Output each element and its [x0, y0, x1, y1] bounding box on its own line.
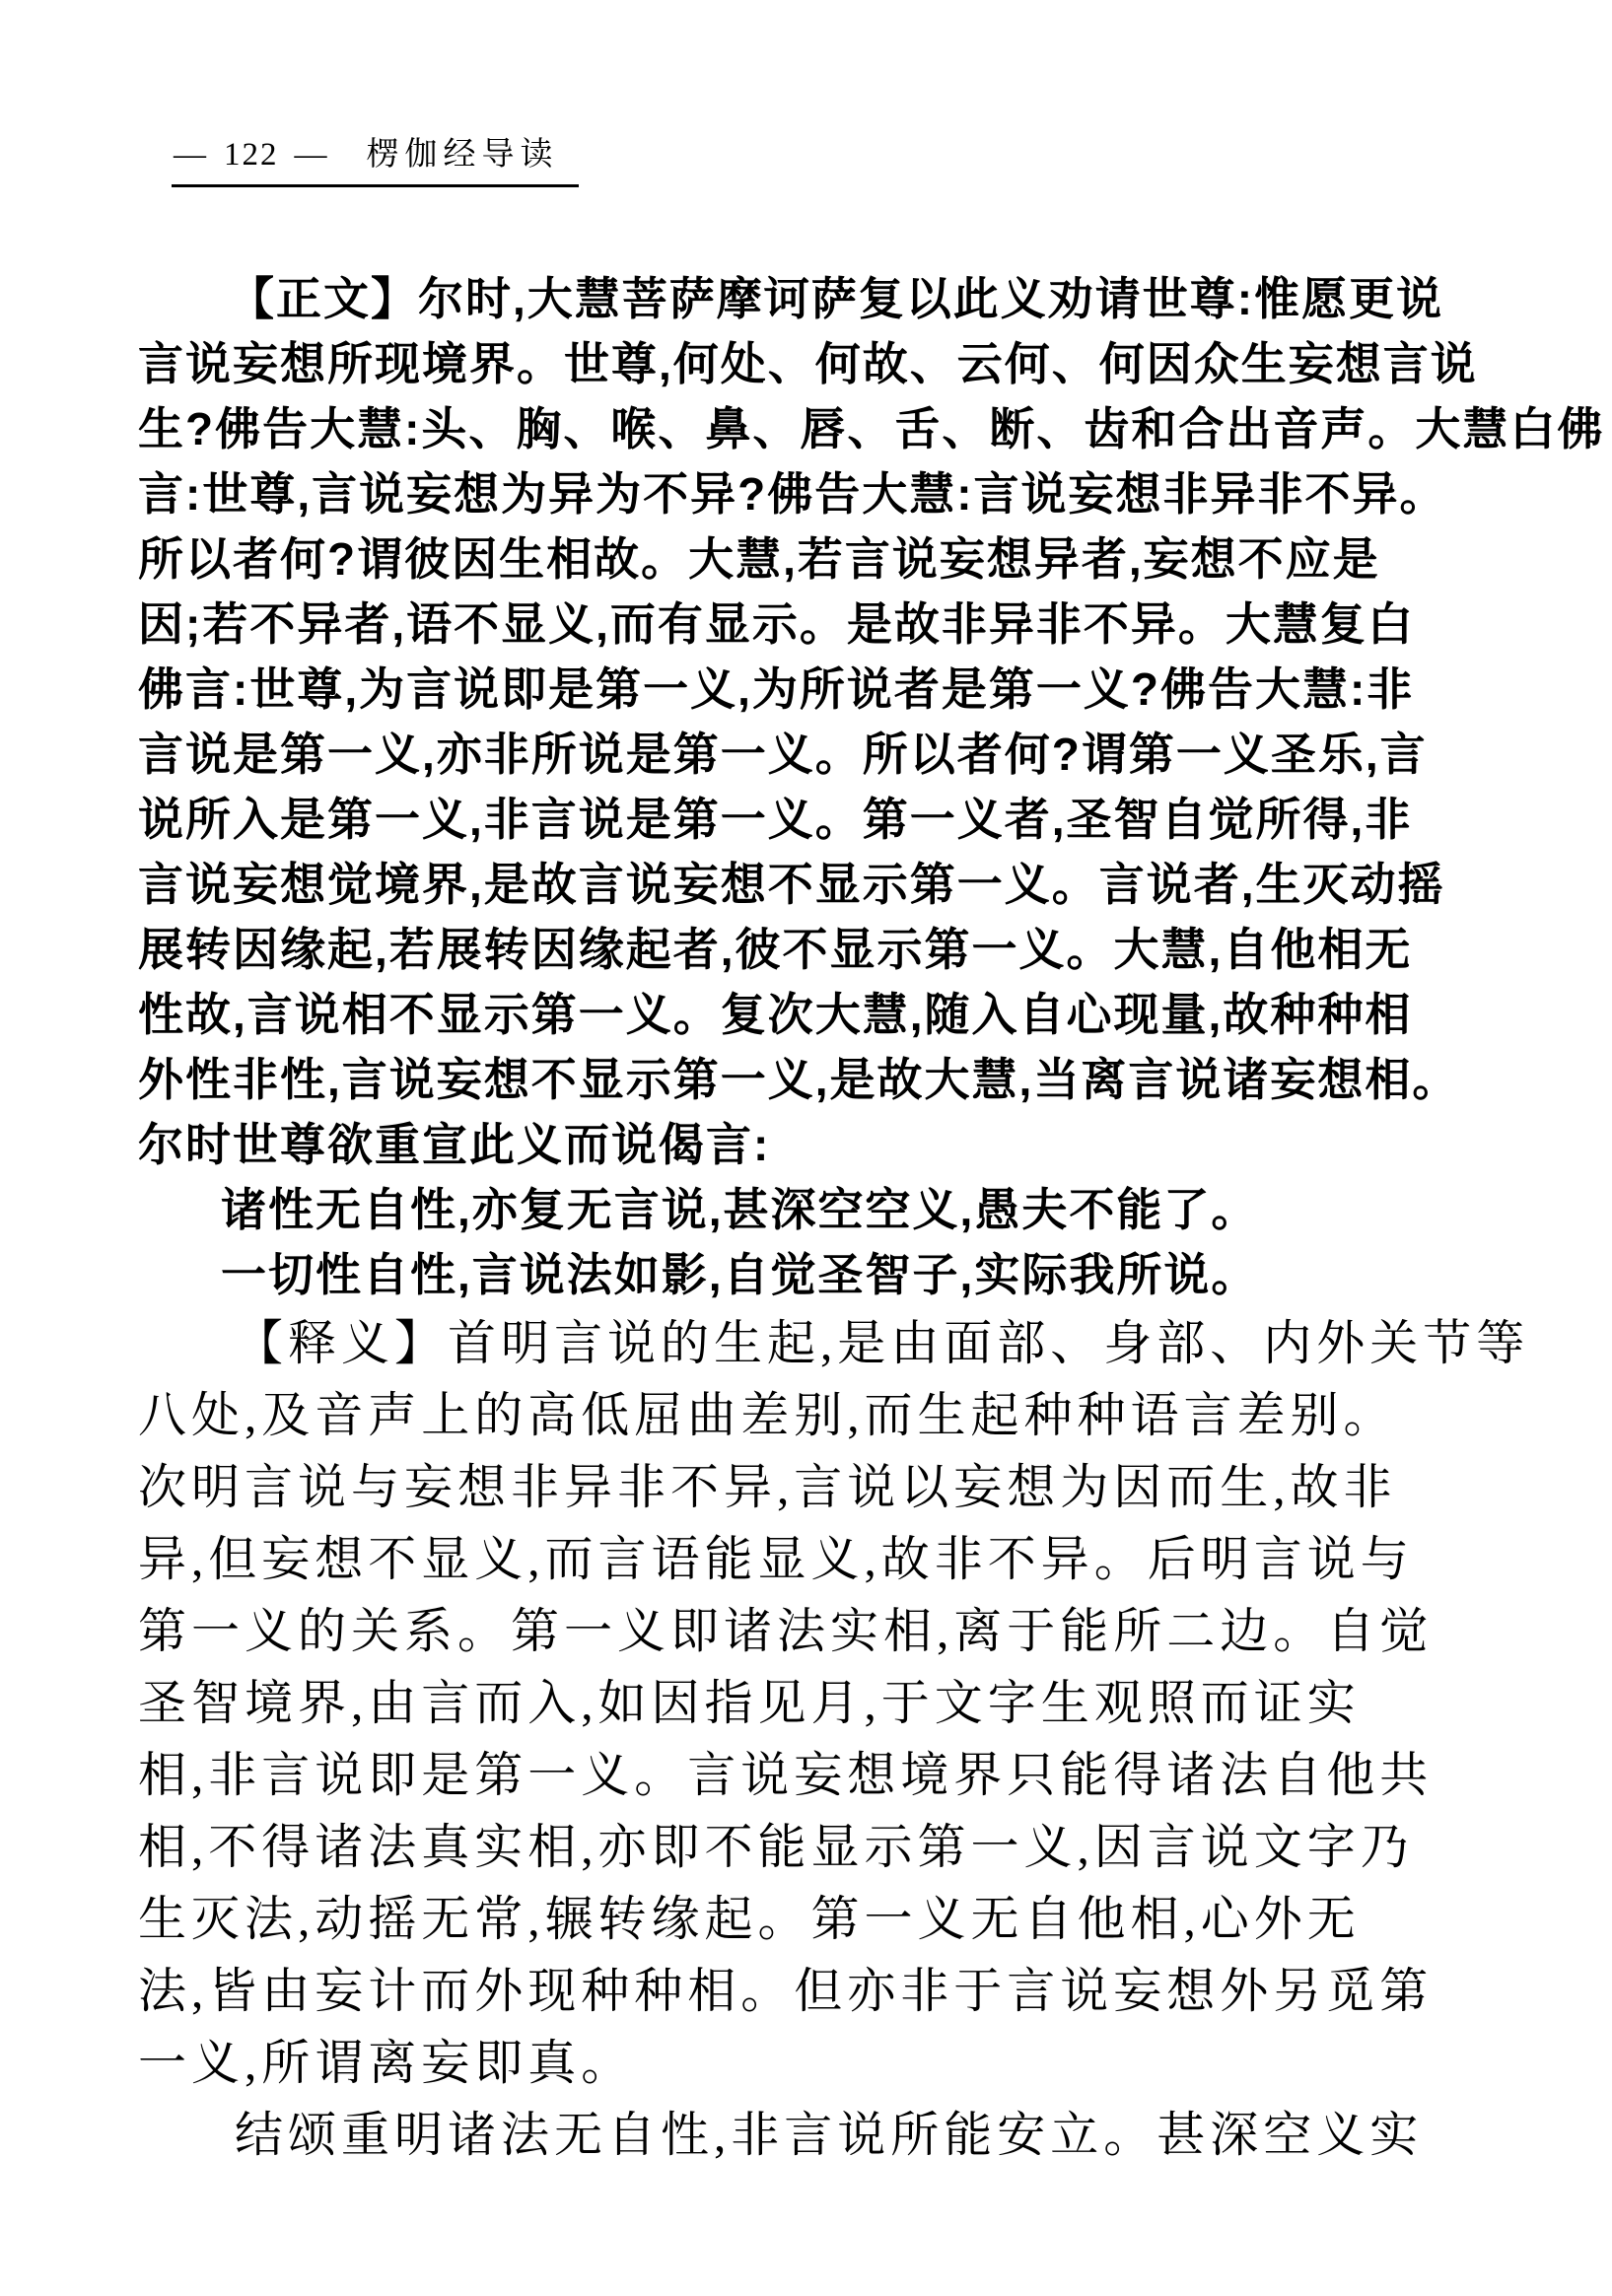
book-title: 楞伽经导读 [367, 128, 559, 174]
text-line: 生灭法,动摇无常,辗转缘起。第一义无自他相,心外无 [138, 1883, 1476, 1955]
text-line: 言说妄想所现境界。世尊,何处、何故、云何、何因众生妄想言说 [138, 331, 1476, 396]
text-line: 说所入是第一义,非言说是第一义。第一义者,圣智自觉所得,非 [138, 787, 1476, 852]
zhengwen-paragraph: 【正文】尔时,大慧菩萨摩诃萨复以此义劝请世尊:惟愿更说言说妄想所现境界。世尊,何… [138, 266, 1476, 1177]
shiyi-paragraph: 【释义】首明言说的生起,是由面部、身部、内外关节等八处,及音声上的高低屈曲差别,… [138, 1307, 1476, 2099]
page-number: 122 [224, 137, 279, 174]
text-line: 所以者何?谓彼因生相故。大慧,若言说妄想异者,妄想不应是 [138, 526, 1476, 591]
text-line: 次明言说与妄想非异非不异,言说以妄想为因而生,故非 [138, 1451, 1476, 1523]
verse-paragraph: 诸性无自性,亦复无言说,甚深空空义,愚夫不能了。一切性自性,言说法如影,自觉圣智… [138, 1177, 1476, 1307]
text-line: 诸性无自性,亦复无言说,甚深空空义,愚夫不能了。 [138, 1177, 1476, 1242]
closing-paragraph: 结颂重明诸法无自性,非言说所能安立。甚深空义实 [138, 2099, 1476, 2171]
text-line: 八处,及音声上的高低屈曲差别,而生起种种语言差别。 [138, 1379, 1476, 1451]
text-line: 展转因缘起,若展转因缘起者,彼不显示第一义。大慧,自他相无 [138, 917, 1476, 982]
text-line: 【释义】首明言说的生起,是由面部、身部、内外关节等 [138, 1307, 1476, 1379]
header-dash-left: — [174, 137, 208, 174]
book-page: — 122 — 楞伽经导读 【正文】尔时,大慧菩萨摩诃萨复以此义劝请世尊:惟愿更… [0, 0, 1612, 2296]
text-line: 结颂重明诸法无自性,非言说所能安立。甚深空义实 [138, 2099, 1476, 2171]
text-line: 异,但妄想不显义,而言语能显义,故非不异。后明言说与 [138, 1523, 1476, 1595]
text-line: 一切性自性,言说法如影,自觉圣智子,实际我所说。 [138, 1242, 1476, 1307]
text-line: 【正文】尔时,大慧菩萨摩诃萨复以此义劝请世尊:惟愿更说 [138, 266, 1476, 331]
text-line: 相,不得诸法真实相,亦即不能显示第一义,因言说文字乃 [138, 1811, 1476, 1883]
text-line: 法,皆由妄计而外现种种相。但亦非于言说妄想外另觅第 [138, 1955, 1476, 2027]
text-line: 言说妄想觉境界,是故言说妄想不显示第一义。言说者,生灭动摇 [138, 852, 1476, 917]
text-line: 言说是第一义,亦非所说是第一义。所以者何?谓第一义圣乐,言 [138, 722, 1476, 787]
text-line: 圣智境界,由言而入,如因指见月,于文字生观照而证实 [138, 1667, 1476, 1739]
text-line: 佛言:世尊,为言说即是第一义,为所说者是第一义?佛告大慧:非 [138, 657, 1476, 722]
text-line: 一义,所谓离妄即真。 [138, 2027, 1476, 2099]
text-line: 尔时世尊欲重宣此义而说偈言: [138, 1112, 1476, 1177]
text-line: 因;若不异者,语不显义,而有显示。是故非异非不异。大慧复白 [138, 591, 1476, 657]
text-line: 第一义的关系。第一义即诸法实相,离于能所二边。自觉 [138, 1595, 1476, 1667]
header-dash-right: — [295, 137, 329, 174]
text-line: 言:世尊,言说妄想为异为不异?佛告大慧:言说妄想非异非不异。 [138, 461, 1476, 526]
text-line: 相,非言说即是第一义。言说妄想境界只能得诸法自他共 [138, 1739, 1476, 1811]
page-body: 【正文】尔时,大慧菩萨摩诃萨复以此义劝请世尊:惟愿更说言说妄想所现境界。世尊,何… [138, 266, 1476, 2171]
text-line: 外性非性,言说妄想不显示第一义,是故大慧,当离言说诸妄想相。 [138, 1047, 1476, 1112]
page-header: — 122 — 楞伽经导读 [172, 128, 579, 187]
text-line: 生?佛告大慧:头、胸、喉、鼻、唇、舌、断、齿和合出音声。大慧白佛 [138, 396, 1476, 461]
text-line: 性故,言说相不显示第一义。复次大慧,随入自心现量,故种种相 [138, 982, 1476, 1047]
